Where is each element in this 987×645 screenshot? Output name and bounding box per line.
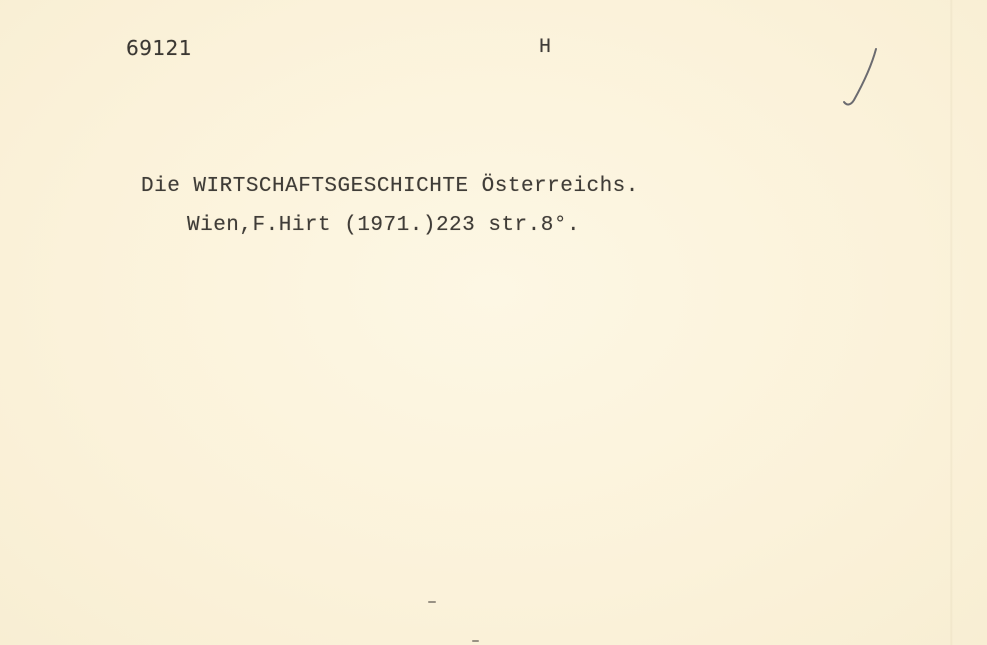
title-line: Die WIRTSCHAFTSGESCHICHTE Österreichs.	[141, 175, 639, 198]
check-mark-icon	[838, 46, 882, 110]
imprint-line: Wien,F.Hirt (1971.)223 str.8°.	[187, 214, 580, 237]
catalog-card: 69121 H Die WIRTSCHAFTSGESCHICHTE Österr…	[0, 0, 987, 645]
classification-letter: H	[539, 36, 552, 59]
paper-speck	[428, 601, 436, 603]
paper-speck	[472, 640, 479, 642]
accession-number: 69121	[126, 36, 192, 60]
